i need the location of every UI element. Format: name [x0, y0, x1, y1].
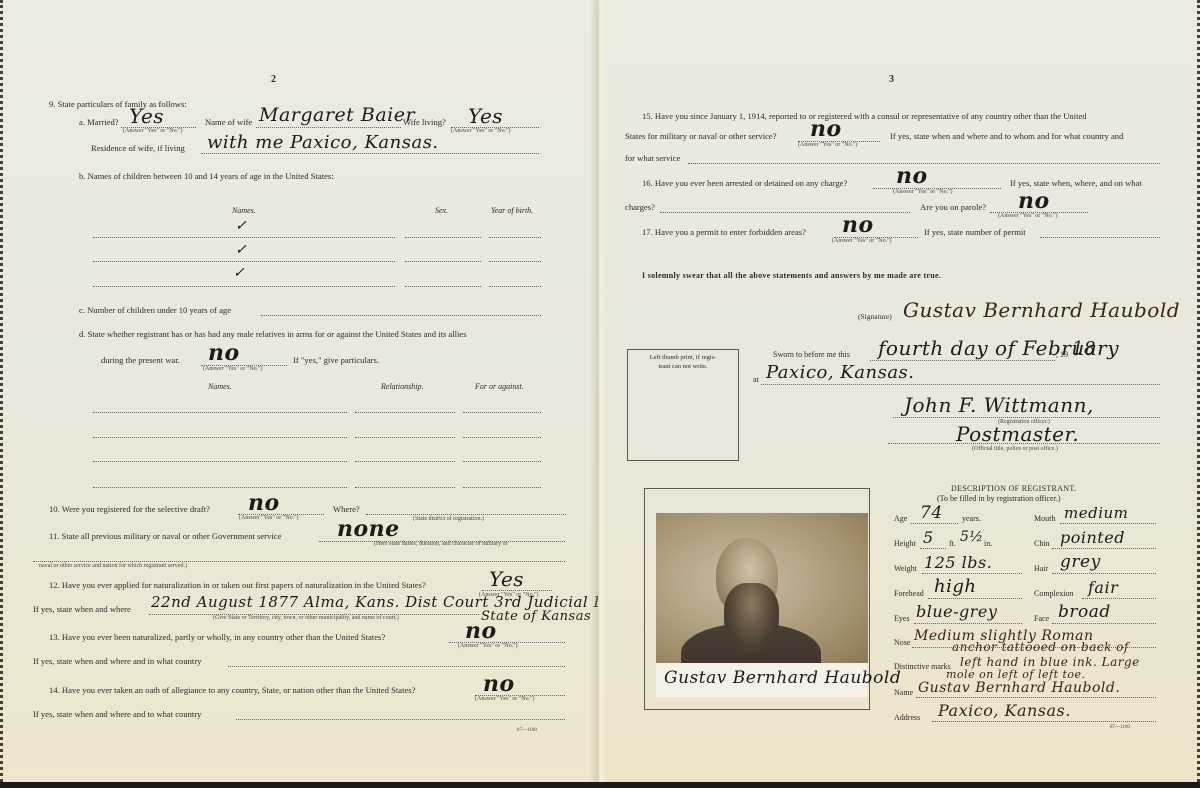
q10-value: no [248, 490, 280, 516]
wife-name-line [256, 127, 401, 128]
q16-charges-label: charges? [625, 202, 655, 212]
q17-hint: (Answer "Yes" or "No.") [832, 238, 892, 244]
children-row2-year-line [489, 261, 541, 262]
eyes-label: Eyes [894, 614, 910, 623]
hair-label: Hair [1034, 564, 1048, 573]
residence-label: Residence of wife, if living [91, 143, 185, 153]
document-spread: 2 9. State particulars of family as foll… [0, 0, 1200, 782]
q16-followup: If yes, state when, where, and on what [1010, 178, 1142, 188]
form-code: 87—1100 [1110, 725, 1130, 730]
age-line [911, 523, 958, 524]
relatives-row3-relationship-line [355, 461, 455, 462]
q11-label: 11. State all previous military or naval… [49, 531, 281, 541]
name-label: Name [894, 688, 913, 697]
forehead-label: Forehead [894, 589, 924, 598]
q12-label: 12. Have you ever applied for naturaliza… [49, 580, 426, 590]
q15-value: no [810, 116, 842, 142]
children-row3-name-line [93, 286, 395, 287]
description-title: DESCRIPTION OF REGISTRANT. [951, 484, 1076, 493]
children-row1-name-line [93, 237, 395, 238]
chin-line [1052, 548, 1156, 549]
registrant-photo [656, 513, 868, 663]
weight-label: Weight [894, 564, 917, 573]
children-row3-year-line [489, 286, 541, 287]
weight-value: 125 lbs. [924, 553, 992, 572]
height-label: Height [894, 539, 916, 548]
q14-label: 14. Have you ever taken an oath of alleg… [49, 685, 415, 695]
relatives-row4-relationship-line [355, 487, 455, 488]
forehead-line [928, 598, 1022, 599]
residence-value: with me Paxico, Kansas. [207, 132, 439, 153]
sworn-label: Sworn to before me this [773, 350, 850, 359]
height-ft-line [920, 548, 946, 549]
marks-value2: left hand in blue ink. Large [960, 655, 1140, 669]
officer-value: John F. Wittmann, [904, 393, 1094, 417]
face-line [1052, 623, 1156, 624]
address-line [932, 721, 1156, 722]
address-label: Address [894, 713, 920, 722]
children-under-10-label: c. Number of children under 10 years of … [79, 305, 231, 315]
married-label: a. Married? [79, 117, 119, 127]
mouth-value: medium [1064, 504, 1128, 522]
thumb-box-text1: Left thumb print, if regis- [628, 354, 738, 361]
q11-line2 [33, 561, 565, 562]
complexion-value: fair [1088, 578, 1118, 597]
wife-living-value: Yes [468, 104, 503, 128]
mouth-label: Mouth [1034, 514, 1055, 523]
marks-value1: anchor tattooed on back of [952, 640, 1129, 654]
q13-followup-label: If yes, state when and where and in what… [33, 656, 201, 666]
children-row3-name: ✓ [233, 265, 245, 281]
q11-hint2: naval or other service and nation for wh… [39, 563, 187, 569]
relatives-row4-name-line [93, 487, 347, 488]
relatives-row2-for-line [463, 437, 541, 438]
children-row3-sex-line [405, 286, 481, 287]
q15-hint: (Answer "Yes" or "No.") [798, 142, 858, 148]
sworn-year-prefix: , 19 [1056, 350, 1068, 359]
children-col-sex: Sex. [435, 206, 448, 215]
weight-line [922, 573, 1022, 574]
wife-name-value: Margaret Baier [259, 104, 415, 126]
title-hint: (Official title, police or post office.) [972, 446, 1058, 452]
relatives-row2-relationship-line [355, 437, 455, 438]
q17-permit-line [1040, 237, 1160, 238]
residence-line [201, 153, 539, 154]
q16-label: 16. Have you ever been arrested or detai… [642, 178, 847, 188]
complexion-line [1082, 598, 1156, 599]
q16-parole-value: no [1018, 188, 1050, 214]
hair-line [1052, 573, 1156, 574]
wife-name-label: Name of wife [205, 117, 252, 127]
q14-followup-label: If yes, state when and where and to what… [33, 709, 201, 719]
q16-value: no [896, 163, 928, 189]
nose-label: Nose [894, 638, 910, 647]
q12-where-label: If yes, state when and where [33, 604, 131, 614]
q10-hint: (Answer "Yes" or "No.") [239, 515, 299, 521]
hair-value: grey [1060, 552, 1101, 572]
q13-hint: (Answer "Yes" or "No.") [458, 643, 518, 649]
q16-parole-label: Are you on parole? [920, 202, 986, 212]
children-row2-name: ✓ [235, 242, 247, 258]
page-2: 2 9. State particulars of family as foll… [0, 0, 598, 782]
height-in-unit: in. [984, 539, 992, 548]
form-code: 87—1100 [517, 728, 537, 733]
q16-hint: (Answer "Yes" or "No.") [893, 189, 953, 195]
q13-followup-line [228, 666, 565, 667]
children-under-10-line [261, 315, 541, 316]
relatives-col-relationship: Relationship. [381, 382, 423, 391]
children-10-14-label: b. Names of children between 10 and 14 y… [79, 171, 334, 181]
age-unit: years. [962, 514, 981, 523]
photo-caption-strip: Gustav Bernhard Haubold [656, 663, 868, 697]
oath-statement: I solemnly swear that all the above stat… [642, 271, 941, 280]
relatives-particulars: If "yes," give particulars. [293, 355, 379, 365]
age-label: Age [894, 514, 907, 523]
thumb-print-box: Left thumb print, if regis- trant can no… [627, 349, 739, 461]
children-row2-sex-line [405, 261, 481, 262]
relatives-row2-name-line [93, 437, 347, 438]
relatives-row1-for-line [463, 412, 541, 413]
chin-value: pointed [1060, 528, 1125, 547]
thumb-box-text2: trant can not write. [628, 363, 738, 370]
relatives-col-for-against: For or against. [475, 382, 524, 391]
page-3: 3 15. Have you since January 1, 1914, re… [598, 0, 1200, 782]
sworn-at-value: Paxico, Kansas. [766, 362, 915, 383]
q9-heading: 9. State particulars of family as follow… [49, 99, 187, 109]
q17-value: no [842, 212, 874, 238]
wife-living-label: Wife living? [403, 117, 446, 127]
q10-where-label: Where? [333, 504, 360, 514]
relatives-label: d. State whether registrant has or has h… [79, 329, 467, 339]
page-number: 2 [271, 74, 276, 85]
children-col-year: Year of birth. [491, 206, 533, 215]
mouth-line [1060, 523, 1156, 524]
signature-value: Gustav Bernhard Haubold [903, 298, 1180, 322]
age-value: 74 [920, 503, 943, 523]
signature-label: (Signature) [858, 312, 892, 321]
chin-label: Chin [1034, 539, 1050, 548]
book-gutter [590, 0, 608, 782]
relatives-hint: (Answer "Yes" or "No.") [203, 366, 263, 372]
marks-label: Distinctive marks [894, 662, 951, 671]
q11-value: none [337, 516, 400, 542]
face-label: Face [1034, 614, 1049, 623]
q14-hint: (Answer "Yes" or "No.") [475, 696, 535, 702]
children-row1-year-line [489, 237, 541, 238]
married-value: Yes [129, 104, 164, 128]
sworn-at-label: at [753, 375, 759, 384]
q15-followup2: for what service [625, 153, 680, 163]
relatives-row3-for-line [463, 461, 541, 462]
relatives-value: no [208, 340, 240, 366]
q17-label: 17. Have you a permit to enter forbidden… [642, 227, 806, 237]
q12-value: Yes [489, 567, 524, 591]
address-value: Paxico, Kansas. [938, 701, 1071, 720]
face-value: broad [1058, 602, 1111, 622]
eyes-line [914, 623, 1022, 624]
q15-followup: If yes, state when and where and to whom… [890, 131, 1123, 141]
children-row1-name: ✓ [235, 218, 247, 234]
relatives-row1-relationship-line [355, 412, 455, 413]
sworn-at-line [761, 384, 1160, 385]
q10-where-hint: (State district of registration.) [413, 516, 484, 522]
relatives-label2: during the present war. [101, 355, 180, 365]
q12-where-value2: State of Kansas [481, 609, 591, 624]
wife-living-hint: (Answer "Yes" or "No.") [451, 128, 511, 134]
height-ft: 5 [923, 528, 934, 547]
relatives-row1-name-line [93, 412, 347, 413]
sworn-day-line [870, 360, 1055, 361]
q12-where-hint: (Give State or Territory, city, town, or… [213, 615, 399, 621]
eyes-value: blue-grey [916, 602, 997, 621]
photo-beard [724, 583, 779, 653]
page-number: 3 [889, 74, 894, 85]
name-line [916, 697, 1156, 698]
q10-where-line [366, 514, 566, 515]
married-hint: (Answer "Yes" or "No.") [123, 128, 183, 134]
q10-label: 10. Were you registered for the selectiv… [49, 504, 210, 514]
children-row2-name-line [93, 261, 395, 262]
sworn-year-value: 18 [1072, 338, 1096, 359]
children-row1-sex-line [405, 237, 481, 238]
q15-label2: States for military or naval or other se… [625, 131, 777, 141]
q13-value: no [465, 618, 497, 644]
relatives-row3-name-line [93, 461, 347, 462]
q11-hint1: (Here state duties, duration, and charac… [374, 541, 508, 547]
name-value: Gustav Bernhard Haubold. [918, 680, 1120, 696]
q14-value: no [483, 671, 515, 697]
complexion-label: Complexion [1034, 589, 1074, 598]
height-in: 5½ [960, 529, 983, 545]
officer-line [893, 417, 1160, 418]
q14-followup-line [236, 719, 565, 720]
q13-label: 13. Have you ever been naturalized, part… [49, 632, 385, 642]
children-col-names: Names. [232, 206, 256, 215]
relatives-col-names: Names. [208, 382, 232, 391]
relatives-row4-for-line [463, 487, 541, 488]
q15-label: 15. Have you since January 1, 1914, repo… [642, 111, 1087, 121]
q17-permit-label: If yes, state number of permit [924, 227, 1026, 237]
photo-caption: Gustav Bernhard Haubold [664, 668, 901, 688]
title-value: Postmaster. [956, 422, 1079, 446]
q16-parole-hint: (Answer "Yes" or "No.") [998, 213, 1058, 219]
description-subtitle: (To be filled in by registration officer… [937, 494, 1060, 503]
height-ft-unit: ft. [949, 539, 956, 548]
forehead-value: high [934, 576, 976, 597]
